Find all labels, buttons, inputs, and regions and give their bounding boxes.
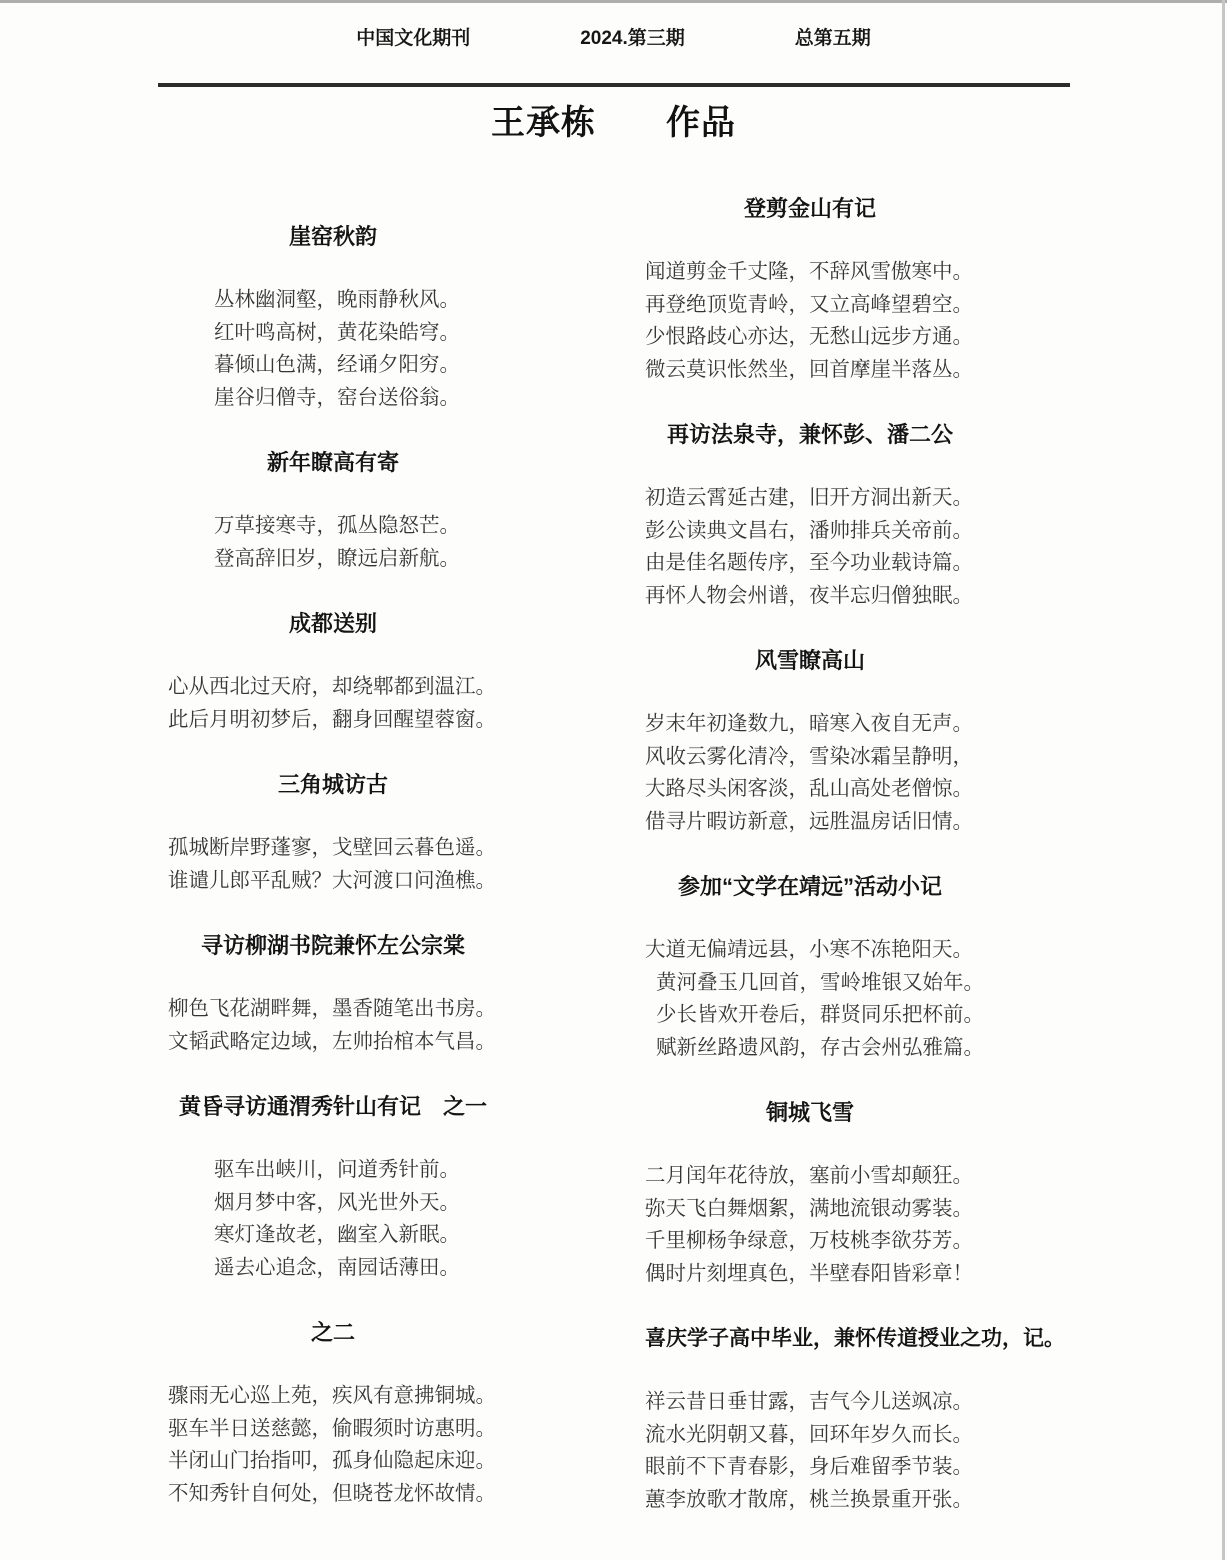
poem-line: 寒灯逢故老，幽室入新眠。 <box>214 1219 612 1252</box>
poem-title: 黄昏寻访通渭秀针山有记 之一 <box>168 1091 498 1123</box>
poem-line: 崖谷归僧寺，窑台送俗翁。 <box>214 382 612 415</box>
poem-line: 骤雨无心巡上苑，疾风有意拂铜城。 <box>168 1380 612 1413</box>
poem-line: 赋新丝路遗风韵，存古会州弘雅篇。 <box>645 1032 1080 1065</box>
volume-label: 总第五期 <box>795 28 871 50</box>
poem-line: 驱车出峡川，问道秀针前。 <box>214 1154 612 1187</box>
poem-line: 再登绝顶览青岭，又立高峰望碧空。 <box>645 289 1080 322</box>
poem-lines: 万草接寒寺，孤丛隐怒芒。 登高辞旧岁，瞭远启新航。 <box>168 510 612 575</box>
poem: 之二 骤雨无心巡上苑，疾风有意拂铜城。 驱车半日送慈懿，偷暇须时访惠明。 半闭山… <box>168 1317 612 1510</box>
poem-line: 登高辞旧岁，瞭远启新航。 <box>214 543 612 576</box>
poem-title: 寻访柳湖书院兼怀左公宗棠 <box>168 930 498 962</box>
poem-lines: 二月闰年花待放，塞前小雪却颠狂。 弥天飞白舞烟絮，满地流银动雾装。 千里柳杨争绿… <box>645 1160 1080 1290</box>
poem: 登剪金山有记 闻道剪金千丈隆，不辞风雪傲寒中。 再登绝顶览青岭，又立高峰望碧空。… <box>645 193 1080 386</box>
left-column: 崖窑秋韵 丛林幽洞壑，晚雨静秋风。 红叶鸣高树，黄花染皓穹。 暮倾山色满，经诵夕… <box>168 193 612 1549</box>
poem-line: 弥天飞白舞烟絮，满地流银动雾装。 <box>645 1193 1080 1226</box>
poem-line: 大路尽头闲客淡，乱山高处老僧惊。 <box>645 773 1080 806</box>
poem-line: 微云莫识怅然坐，回首摩崖半落丛。 <box>645 354 1080 387</box>
poem: 铜城飞雪 二月闰年花待放，塞前小雪却颠狂。 弥天飞白舞烟絮，满地流银动雾装。 千… <box>645 1097 1080 1290</box>
poem: 新年瞭高有寄 万草接寒寺，孤丛隐怒芒。 登高辞旧岁，瞭远启新航。 <box>168 447 612 575</box>
poem-line: 红叶鸣高树，黄花染皓穹。 <box>214 317 612 350</box>
poem-lines: 岁末年初逢数九，暗寒入夜自无声。 风收云雾化清冷，雪染冰霜呈静明， 大路尽头闲客… <box>645 708 1080 838</box>
page-title: 王承栋 作品 <box>0 103 1227 143</box>
poem-line: 二月闰年花待放，塞前小雪却颠狂。 <box>645 1160 1080 1193</box>
poem-line: 驱车半日送慈懿，偷暇须时访惠明。 <box>168 1413 612 1446</box>
page-edge-right <box>1222 0 1225 1560</box>
page-header: 中国文化期刊 2024.第三期 总第五期 <box>0 28 1227 50</box>
poem-lines: 丛林幽洞壑，晚雨静秋风。 红叶鸣高树，黄花染皓穹。 暮倾山色满，经诵夕阳穷。 崖… <box>168 284 612 414</box>
poem-title: 再访法泉寺，兼怀彭、潘二公 <box>645 419 975 451</box>
poem-line: 闻道剪金千丈隆，不辞风雪傲寒中。 <box>645 256 1080 289</box>
journal-page: 中国文化期刊 2024.第三期 总第五期 王承栋 作品 崖窑秋韵 丛林幽洞壑，晚… <box>0 0 1227 1560</box>
poem: 喜庆学子高中毕业，兼怀传道授业之功，记。 祥云昔日垂甘露，吉气今儿送飒凉。 流水… <box>645 1323 1080 1516</box>
poem: 成都送别 心从西北过天府，却绕郫都到温江。 此后月明初梦后，翻身回醒望蓉窗。 <box>168 608 612 736</box>
poem-lines: 心从西北过天府，却绕郫都到温江。 此后月明初梦后，翻身回醒望蓉窗。 <box>168 671 612 736</box>
poem-title: 崖窑秋韵 <box>168 221 498 253</box>
poem-title: 新年瞭高有寄 <box>168 447 498 479</box>
poem-title: 风雪瞭高山 <box>645 645 975 677</box>
poem-line: 偶时片刻埋真色，半壁春阳皆彩章！ <box>645 1258 1080 1291</box>
poem: 风雪瞭高山 岁末年初逢数九，暗寒入夜自无声。 风收云雾化清冷，雪染冰霜呈静明， … <box>645 645 1080 838</box>
poem-line: 祥云昔日垂甘露，吉气今儿送飒凉。 <box>645 1386 1080 1419</box>
poem-line: 岁末年初逢数九，暗寒入夜自无声。 <box>645 708 1080 741</box>
poem-title: 登剪金山有记 <box>645 193 975 225</box>
journal-title: 中国文化期刊 <box>356 28 470 50</box>
poem-line: 烟月梦中客，风光世外天。 <box>214 1187 612 1220</box>
poem-line: 初造云霄延古建，旧开方洞出新天。 <box>645 482 1080 515</box>
poem-line: 彭公读典文昌右，潘帅排兵关帝前。 <box>645 515 1080 548</box>
poem-lines: 大道无偏靖远县，小寒不冻艳阳天。 黄河叠玉几回首，雪岭堆银又始年。 少长皆欢开卷… <box>645 934 1080 1064</box>
header-rule <box>158 83 1070 87</box>
poem-title: 参加“文学在靖远”活动小记 <box>645 871 975 903</box>
poem-line: 蕙李放歌才散席，桃兰换景重开张。 <box>645 1484 1080 1517</box>
poem-title: 成都送别 <box>168 608 498 640</box>
poem: 寻访柳湖书院兼怀左公宗棠 柳色飞花湖畔舞，墨香随笔出书房。 文韬武略定边域，左帅… <box>168 930 612 1058</box>
poem-lines: 闻道剪金千丈隆，不辞风雪傲寒中。 再登绝顶览青岭，又立高峰望碧空。 少恨路歧心亦… <box>645 256 1080 386</box>
poem-line: 借寻片暇访新意，远胜温房话旧情。 <box>645 806 1080 839</box>
poem-line: 由是佳名题传序，至今功业载诗篇。 <box>645 547 1080 580</box>
poem-title: 之二 <box>168 1317 498 1349</box>
poem-line: 黄河叠玉几回首，雪岭堆银又始年。 <box>645 967 1080 1000</box>
poem-columns: 崖窑秋韵 丛林幽洞壑，晚雨静秋风。 红叶鸣高树，黄花染皓穹。 暮倾山色满，经诵夕… <box>168 193 1227 1549</box>
poem-line: 流水光阴朝又暮，回环年岁久而长。 <box>645 1419 1080 1452</box>
poem-line: 谁谴儿郎平乱贼？大河渡口问渔樵。 <box>168 865 612 898</box>
poem-line: 少长皆欢开卷后，群贤同乐把杯前。 <box>645 999 1080 1032</box>
poem-line: 风收云雾化清冷，雪染冰霜呈静明， <box>645 741 1080 774</box>
poem-lines: 骤雨无心巡上苑，疾风有意拂铜城。 驱车半日送慈懿，偷暇须时访惠明。 半闭山门抬指… <box>168 1380 612 1510</box>
poem-lines: 柳色飞花湖畔舞，墨香随笔出书房。 文韬武略定边域，左帅抬棺本气昌。 <box>168 993 612 1058</box>
poem-line: 暮倾山色满，经诵夕阳穷。 <box>214 349 612 382</box>
poem-line: 遥去心追念，南园话薄田。 <box>214 1252 612 1285</box>
poem-line: 万草接寒寺，孤丛隐怒芒。 <box>214 510 612 543</box>
right-column: 登剪金山有记 闻道剪金千丈隆，不辞风雪傲寒中。 再登绝顶览青岭，又立高峰望碧空。… <box>645 193 1080 1549</box>
poem-line: 少恨路歧心亦达，无愁山远步方通。 <box>645 321 1080 354</box>
poem-title: 三角城访古 <box>168 769 498 801</box>
poem-line: 柳色飞花湖畔舞，墨香随笔出书房。 <box>168 993 612 1026</box>
poem: 三角城访古 孤城断岸野蓬寥，戈壁回云暮色遥。 谁谴儿郎平乱贼？大河渡口问渔樵。 <box>168 769 612 897</box>
poem-line: 孤城断岸野蓬寥，戈壁回云暮色遥。 <box>168 832 612 865</box>
poem-line: 此后月明初梦后，翻身回醒望蓉窗。 <box>168 704 612 737</box>
poem: 参加“文学在靖远”活动小记 大道无偏靖远县，小寒不冻艳阳天。 黄河叠玉几回首，雪… <box>645 871 1080 1064</box>
poem-line: 文韬武略定边域，左帅抬棺本气昌。 <box>168 1026 612 1059</box>
poem-line: 再怀人物会州谱，夜半忘归僧独眠。 <box>645 580 1080 613</box>
poem-line: 千里柳杨争绿意，万枝桃李欲芬芳。 <box>645 1225 1080 1258</box>
poem-lines: 孤城断岸野蓬寥，戈壁回云暮色遥。 谁谴儿郎平乱贼？大河渡口问渔樵。 <box>168 832 612 897</box>
page-edge-top <box>0 0 1227 3</box>
poem-lines: 驱车出峡川，问道秀针前。 烟月梦中客，风光世外天。 寒灯逢故老，幽室入新眠。 遥… <box>168 1154 612 1284</box>
poem-line: 眼前不下青春影，身后难留季节装。 <box>645 1451 1080 1484</box>
poem-title: 喜庆学子高中毕业，兼怀传道授业之功，记。 <box>645 1323 1080 1355</box>
poem-line: 丛林幽洞壑，晚雨静秋风。 <box>214 284 612 317</box>
poem-line: 大道无偏靖远县，小寒不冻艳阳天。 <box>645 934 1080 967</box>
poem-title: 铜城飞雪 <box>645 1097 975 1129</box>
poem-lines: 祥云昔日垂甘露，吉气今儿送飒凉。 流水光阴朝又暮，回环年岁久而长。 眼前不下青春… <box>645 1386 1080 1516</box>
poem-line: 半闭山门抬指叩，孤身仙隐起床迎。 <box>168 1445 612 1478</box>
poem: 再访法泉寺，兼怀彭、潘二公 初造云霄延古建，旧开方洞出新天。 彭公读典文昌右，潘… <box>645 419 1080 612</box>
issue-label: 2024.第三期 <box>580 28 685 50</box>
poem-line: 不知秀针自何处，但晓苍龙怀故情。 <box>168 1478 612 1511</box>
poem-lines: 初造云霄延古建，旧开方洞出新天。 彭公读典文昌右，潘帅排兵关帝前。 由是佳名题传… <box>645 482 1080 612</box>
poem: 崖窑秋韵 丛林幽洞壑，晚雨静秋风。 红叶鸣高树，黄花染皓穹。 暮倾山色满，经诵夕… <box>168 221 612 414</box>
poem-line: 心从西北过天府，却绕郫都到温江。 <box>168 671 612 704</box>
poem: 黄昏寻访通渭秀针山有记 之一 驱车出峡川，问道秀针前。 烟月梦中客，风光世外天。… <box>168 1091 612 1284</box>
